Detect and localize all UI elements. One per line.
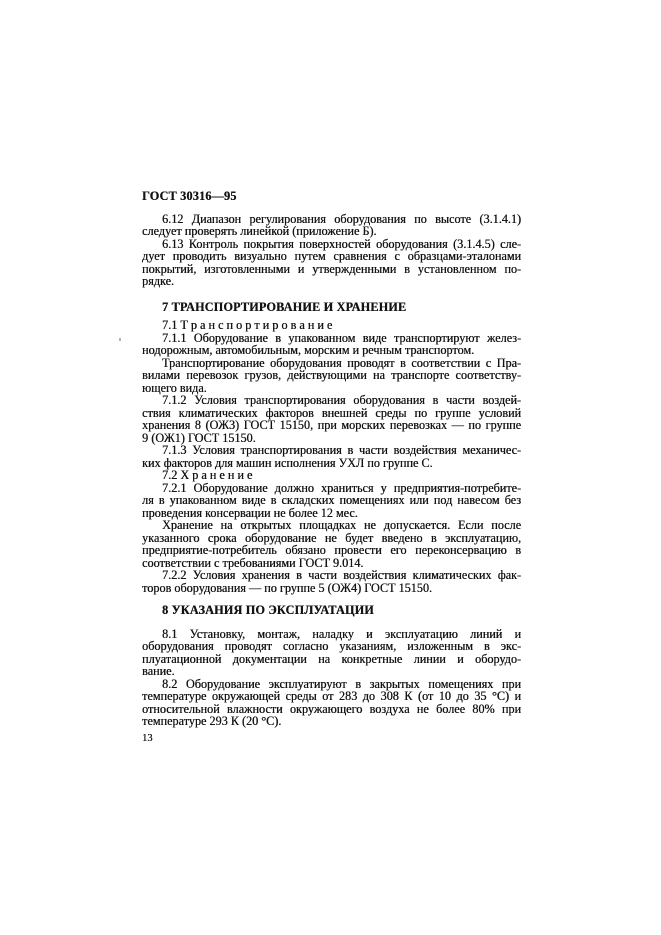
- text-line: 7.2.2 Условия хранения в части воздейств…: [142, 569, 521, 582]
- text-line: следует проверять линейкой (приложение Б…: [142, 225, 521, 238]
- text-line: нодорожным, автомобильным, морским и реч…: [142, 344, 521, 357]
- text-line: предприятие-потребитель обязано провести…: [142, 544, 521, 557]
- paragraph-7-2-1: 7.2.1 Оборудование должно храниться у пр…: [142, 482, 521, 520]
- text-line: хранения 8 (ОЖ3) ГОСТ 15150, при морских…: [142, 419, 521, 432]
- paragraph-7-1-2: 7.1.2 Условия транспортирования оборудов…: [142, 394, 521, 444]
- page-number: 13: [142, 733, 521, 746]
- text-line: Хранение на открытых площадках не допуск…: [142, 519, 521, 532]
- text-line: 7.1.2 Условия транспортирования оборудов…: [142, 394, 521, 407]
- section-heading-8: 8 УКАЗАНИЯ ПО ЭКСПЛУАТАЦИИ: [142, 604, 521, 617]
- section-heading-7: 7 ТРАНСПОРТИРОВАНИЕ И ХРАНЕНИЕ: [142, 301, 521, 314]
- text-line: плуатационной документации на конкретные…: [142, 653, 521, 666]
- paragraph-8-1: 8.1 Установку, монтаж, наладку и эксплуа…: [142, 628, 521, 678]
- paragraph-7-1-1-cont: Транспортирование оборудования проводят …: [142, 357, 521, 395]
- text-line: вание.: [142, 665, 521, 678]
- subsection-title-7-2: 7.2 Х р а н е н и е: [142, 469, 521, 482]
- text-line: торов оборудования — по группе 5 (ОЖ4) Г…: [142, 582, 521, 595]
- paragraph-6-13: 6.13 Контроль покрытия поверхностей обор…: [142, 238, 521, 288]
- text-line: оборудования проводят согласно указаниям…: [142, 640, 521, 653]
- paragraph-7-1-1: 7.1.1 Оборудование в упакованном виде тр…: [142, 332, 521, 357]
- text-line: дует проводить визуально путем сравнения…: [142, 250, 521, 263]
- text-column: ГОСТ 30316—95 6.12 Диапазон регулировани…: [142, 190, 521, 745]
- paragraph-7-2-2: 7.2.2 Условия хранения в части воздейств…: [142, 569, 521, 594]
- running-header: ГОСТ 30316—95: [142, 190, 521, 203]
- text-line: температуре окружающей среды от 283 до 3…: [142, 690, 521, 703]
- text-line: ля в упакованном виде в складских помеще…: [142, 494, 521, 507]
- paragraph-7-1-3: 7.1.3 Условия транспортирования в части …: [142, 444, 521, 469]
- paragraph-6-12: 6.12 Диапазон регулирования оборудования…: [142, 213, 521, 238]
- text-line: рядке.: [142, 275, 521, 288]
- scan-speck: [119, 338, 121, 341]
- subsection-title-7-1: 7.1 Т р а н с п о р т и р о в а н и е: [142, 319, 521, 332]
- text-line: покрытий, изготовленными и утвержденными…: [142, 263, 521, 276]
- paragraph-7-2-1-cont: Хранение на открытых площадках не допуск…: [142, 519, 521, 569]
- text-line: 7.1.3 Условия транспортирования в части …: [142, 444, 521, 457]
- paragraph-8-2: 8.2 Оборудование эксплуатируют в закрыты…: [142, 678, 521, 728]
- text-line: температуре 293 К (20 °С).: [142, 715, 521, 728]
- document-page: ГОСТ 30316—95 6.12 Диапазон регулировани…: [0, 0, 661, 935]
- text-line: вилами перевозок грузов, действующими на…: [142, 369, 521, 382]
